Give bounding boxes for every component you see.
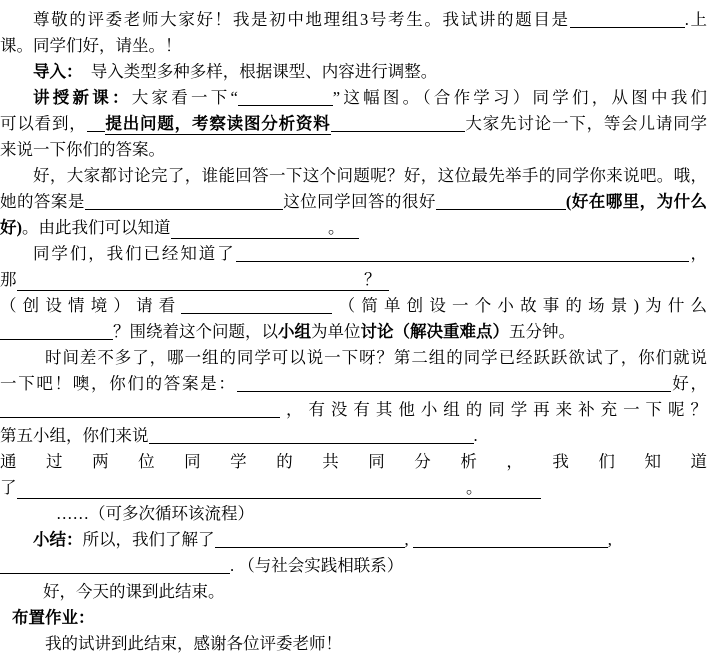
text-segment: , [405, 530, 413, 549]
line: 课。同学们好，请坐。！ [0, 33, 707, 59]
document-body: 尊敬的评委老师大家好！我是初中地理组3号考生。我试讲的题目是.上课。同学们好，请… [0, 7, 707, 657]
blank-field: 。 [17, 477, 541, 499]
text-segment: ？围绕着这个问题，以 [113, 322, 278, 341]
bold-text-segment: 小结： [33, 530, 83, 549]
text-segment: 好，今天的课到此结束。 [43, 582, 225, 601]
blank-field [149, 428, 474, 444]
text-segment: 五分钟。 [509, 322, 575, 341]
line: ，有没有其他小组的同学再来补充一下呢？ [0, 397, 707, 423]
text-segment: 通过两位同学的共同分析，我们知道 [0, 452, 707, 471]
line: 好)。由此我们可以知道。 [0, 215, 707, 241]
text-segment: 时间差不多了，哪一组的同学可以说一下呀？第二组的同学已经跃跃欲试了，你们就说 [45, 348, 707, 367]
blank-field [236, 246, 689, 262]
text-segment: 她的答案是 [0, 192, 85, 211]
text-segment: 。由此我们可以知道 [22, 218, 171, 237]
text-segment: 第五小组，你们来说 [0, 426, 149, 445]
text-segment: . （与社会实践相联系） [230, 556, 403, 575]
bold-text-segment: (好在哪里，为什么 [566, 192, 707, 211]
text-segment: ”这幅图。（合作学习）同学们，从图中我们 [333, 88, 707, 107]
blank-field [85, 194, 283, 210]
blank-field [237, 376, 671, 392]
line: 通过两位同学的共同分析，我们知道 [0, 449, 707, 475]
blank-field [413, 532, 608, 548]
line: 她的答案是这位同学回答的很好(好在哪里，为什么 [0, 189, 707, 215]
text-segment: ，有没有其他小组的同学再来补充一下呢？ [280, 400, 707, 419]
blank-field: ？ [17, 269, 389, 291]
line: 好，今天的课到此结束。 [0, 579, 707, 605]
line: 可以看到，提出问题，考察读图分析资料大家先讨论一下，等会儿请同学 [0, 111, 707, 137]
text-segment: ， [689, 244, 707, 263]
text-segment: 同学们，我们已经知道了 [33, 244, 236, 263]
bold-text-segment: 好) [0, 218, 22, 237]
blank-field [87, 116, 105, 132]
text-segment: .上 [685, 10, 707, 29]
line: 第五小组，你们来说. [0, 423, 707, 449]
line: ……（可多次循环该流程） [0, 501, 707, 527]
text-segment: . [474, 426, 478, 445]
line: 来说一下你们的答案。 [0, 137, 707, 163]
line: 我的试讲到此结束，感谢各位评委老师！ [0, 631, 707, 657]
line: . （与社会实践相联系） [0, 553, 707, 579]
text-segment: 尊敬的评委老师大家好！我是初中地理组3号考生。我试讲的题目是 [33, 10, 570, 29]
blank-field [238, 90, 333, 106]
text-segment: , [608, 530, 612, 549]
text-segment: 课。同学们好，请坐。！ [0, 36, 182, 55]
blank-field [215, 532, 405, 548]
line: 布置作业： [0, 605, 707, 631]
text-segment: 为单位 [311, 322, 361, 341]
blank-field [436, 194, 566, 210]
text-segment: 所以，我们了解了 [83, 530, 215, 549]
text-segment: 导入类型多种多样，根据课型、内容进行调整。 [74, 62, 437, 81]
bold-text-segment: 小组 [278, 322, 311, 341]
blank-field: 。 [171, 217, 359, 239]
line: 尊敬的评委老师大家好！我是初中地理组3号考生。我试讲的题目是.上 [0, 7, 707, 33]
text-segment: 了 [0, 478, 17, 497]
text-segment: ……（可多次循环该流程） [56, 504, 254, 523]
blank-field [331, 116, 465, 132]
blank-field [0, 402, 280, 418]
line: 那？ [0, 267, 707, 293]
blank-field [0, 558, 230, 574]
blank-field [0, 324, 113, 340]
bold-text-segment: 讲授新课： [33, 88, 132, 107]
line: ？围绕着这个问题，以小组为单位讨论（解决重难点）五分钟。 [0, 319, 707, 345]
bold-text-segment: 提出问题，考察读图分析资料 [105, 114, 331, 135]
blank-field [181, 298, 332, 314]
text-segment: 这位同学回答的很好 [283, 192, 436, 211]
bold-text-segment: 布置作业： [12, 608, 95, 627]
text-segment: 好，大家都讨论完了，谁能回答一下这个问题呢？好，这位最先举手的同学你来说吧。哦， [33, 166, 707, 185]
text-segment: 大家看一下“ [132, 88, 238, 107]
line: （创设情境）请看（简单创设一个小故事的场景)为什么 [0, 293, 707, 319]
line: 一下吧！噢，你们的答案是：好， [0, 371, 707, 397]
text-segment: 好， [671, 374, 707, 393]
text-segment: 来说一下你们的答案。 [0, 140, 165, 159]
document-page: 尊敬的评委老师大家好！我是初中地理组3号考生。我试讲的题目是.上课。同学们好，请… [0, 0, 707, 672]
line: 同学们，我们已经知道了， [0, 241, 707, 267]
text-segment: （简单创设一个小故事的场景)为什么 [332, 296, 707, 315]
line: 了。 [0, 475, 707, 501]
line: 时间差不多了，哪一组的同学可以说一下呀？第二组的同学已经跃跃欲试了，你们就说 [0, 345, 707, 371]
text-segment: 我的试讲到此结束，感谢各位评委老师！ [45, 634, 342, 653]
line: 小结：所以，我们了解了, , [0, 527, 707, 553]
bold-text-segment: 讨论（解决重难点） [361, 322, 510, 341]
bold-text-segment: 导入： [33, 62, 74, 81]
text-segment: 可以看到， [0, 114, 87, 133]
line: 好，大家都讨论完了，谁能回答一下这个问题呢？好，这位最先举手的同学你来说吧。哦， [0, 163, 707, 189]
text-segment: 大家先讨论一下，等会儿请同学 [465, 114, 707, 133]
text-segment: 一下吧！噢，你们的答案是： [0, 374, 237, 393]
text-segment: （创设情境）请看 [0, 296, 181, 315]
text-segment: 那 [0, 270, 17, 289]
line: 讲授新课：大家看一下“”这幅图。（合作学习）同学们，从图中我们 [0, 85, 707, 111]
blank-field [570, 12, 685, 28]
line: 导入： 导入类型多种多样，根据课型、内容进行调整。 [0, 59, 707, 85]
